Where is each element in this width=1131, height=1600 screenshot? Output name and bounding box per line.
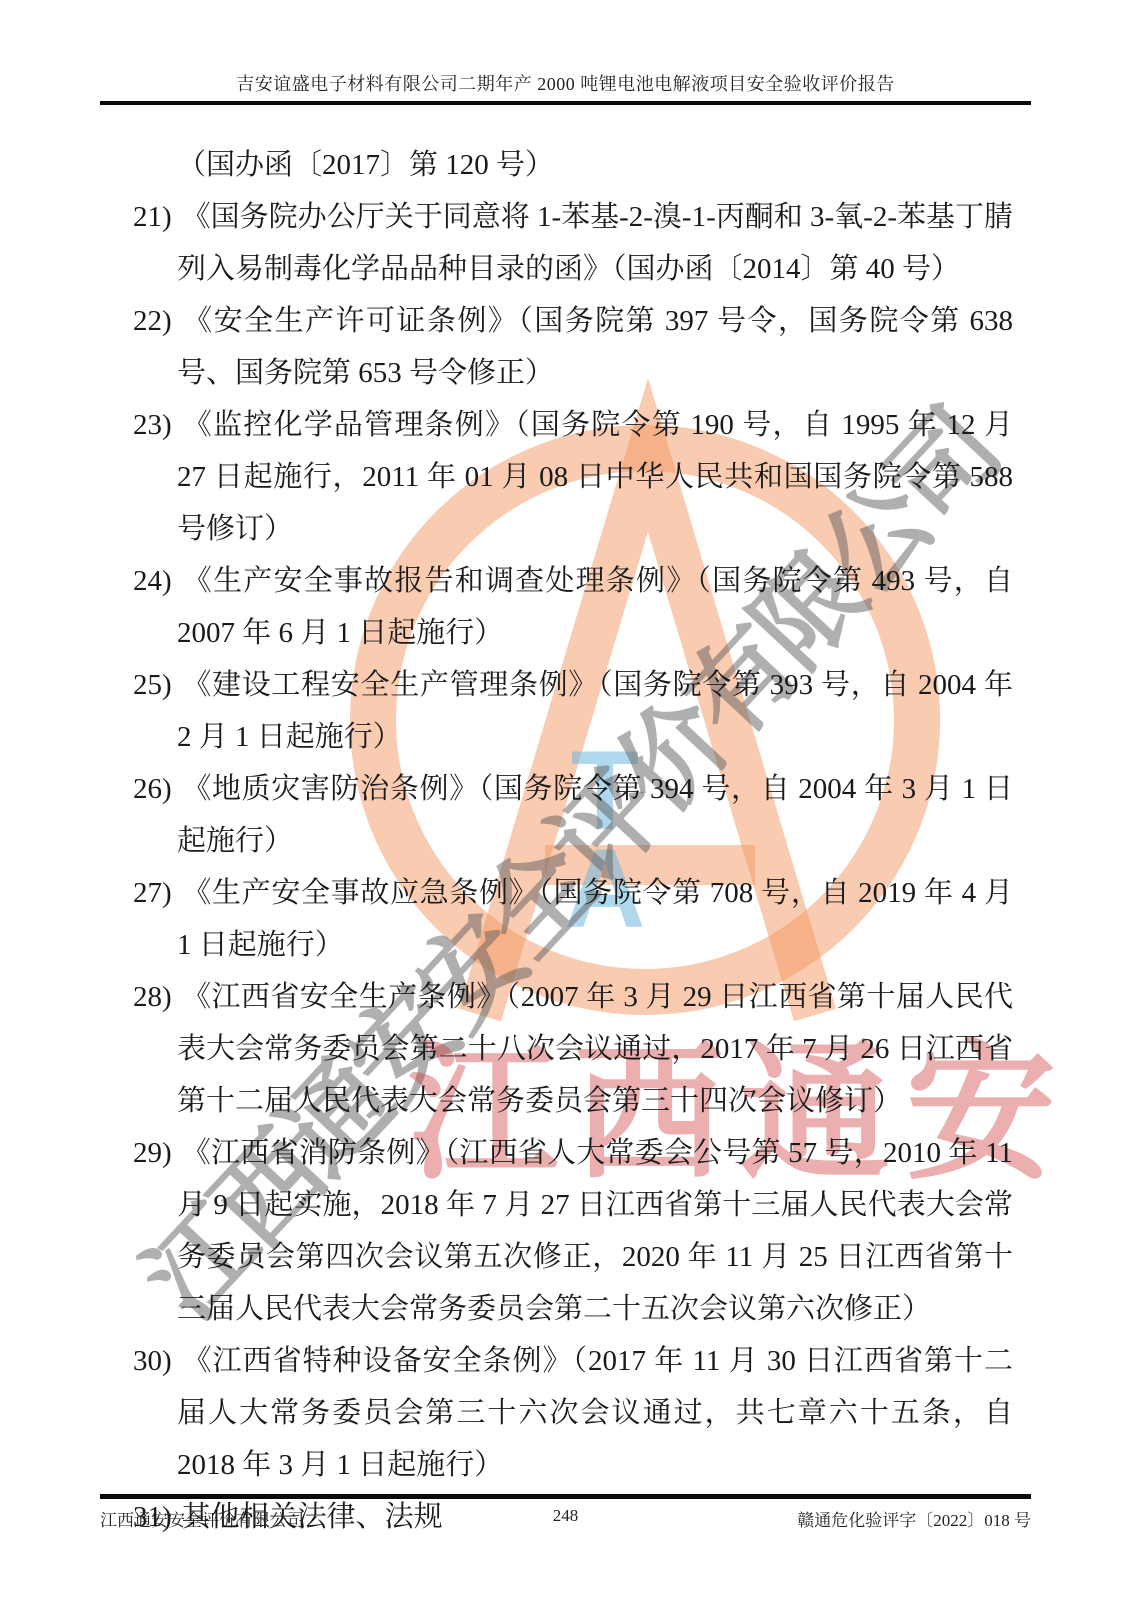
footer-document-number: 赣通危化验评字〔2022〕018 号 [797, 1506, 1031, 1531]
header-rule [100, 101, 1031, 105]
item-text: 《国务院办公厅关于同意将 1-苯基-2-溴-1-丙酮和 3-氧-2-苯基丁腈列入… [177, 201, 1013, 285]
list-item: 25)《建设工程安全生产管理条例》（国务院令第 393 号，自 2004 年 2… [133, 659, 1013, 763]
item-text: 《江西省消防条例》（江西省人大常委会公号第 57 号，2010 年 11 月 9… [177, 1137, 1013, 1325]
list-item: 29)《江西省消防条例》（江西省人大常委会公号第 57 号，2010 年 11 … [133, 1127, 1013, 1335]
item-text: 《生产安全事故报告和调查处理条例》（国务院令第 493 号，自 2007 年 6… [177, 565, 1013, 649]
item-text: 《安全生产许可证条例》（国务院第 397 号令，国务院令第 638 号、国务院第… [177, 305, 1013, 389]
document-body: （国办函〔2017〕第 120 号） 21)《国务院办公厅关于同意将 1-苯基-… [133, 139, 1013, 1543]
list-item: 23)《监控化学品管理条例》（国务院令第 190 号，自 1995 年 12 月… [133, 399, 1013, 555]
carryover-line: （国办函〔2017〕第 120 号） [133, 139, 1013, 191]
footer-rule [100, 1494, 1031, 1499]
item-text: 《建设工程安全生产管理条例》（国务院令第 393 号，自 2004 年 2 月 … [177, 669, 1013, 753]
item-number: 22) [133, 305, 172, 337]
item-number: 27) [133, 877, 172, 909]
item-number: 26) [133, 773, 172, 805]
list-item: 24)《生产安全事故报告和调查处理条例》（国务院令第 493 号，自 2007 … [133, 555, 1013, 659]
item-text: 《江西省特种设备安全条例》（2017 年 11 月 30 日江西省第十二届人大常… [177, 1345, 1013, 1481]
item-number: 21) [133, 201, 172, 233]
item-number: 29) [133, 1137, 172, 1169]
list-item: 30)《江西省特种设备安全条例》（2017 年 11 月 30 日江西省第十二届… [133, 1335, 1013, 1491]
list-item: 26)《地质灾害防治条例》（国务院令第 394 号，自 2004 年 3 月 1… [133, 763, 1013, 867]
item-text: 《地质灾害防治条例》（国务院令第 394 号，自 2004 年 3 月 1 日起… [177, 773, 1013, 857]
item-number: 28) [133, 981, 172, 1013]
list-item: 21)《国务院办公厅关于同意将 1-苯基-2-溴-1-丙酮和 3-氧-2-苯基丁… [133, 191, 1013, 295]
item-text: 《江西省安全生产条例》（2007 年 3 月 29 日江西省第十届人民代表大会常… [177, 981, 1013, 1117]
item-text: 《生产安全事故应急条例》（国务院令第 708 号，自 2019 年 4 月 1 … [177, 877, 1013, 961]
item-number: 30) [133, 1345, 172, 1377]
item-text: 《监控化学品管理条例》（国务院令第 190 号，自 1995 年 12 月 27… [177, 409, 1013, 545]
page-header-title: 吉安谊盛电子材料有限公司二期年产 2000 吨锂电池电解液项目安全验收评价报告 [0, 70, 1131, 96]
item-number: 24) [133, 565, 172, 597]
list-item: 22)《安全生产许可证条例》（国务院第 397 号令，国务院令第 638 号、国… [133, 295, 1013, 399]
list-item: 28)《江西省安全生产条例》（2007 年 3 月 29 日江西省第十届人民代表… [133, 971, 1013, 1127]
item-number: 25) [133, 669, 172, 701]
list-item: 27)《生产安全事故应急条例》（国务院令第 708 号，自 2019 年 4 月… [133, 867, 1013, 971]
item-number: 23) [133, 409, 172, 441]
report-page: T A 江西通安安全评价有限公司 江西通安 吉安谊盛电子材料有限公司二期年产 2… [0, 0, 1131, 1600]
